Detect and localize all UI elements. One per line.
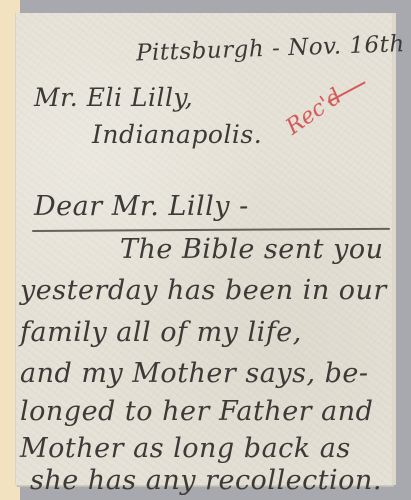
body-line: yesterday has been in our xyxy=(20,275,387,306)
body-line: and my Mother says, be- xyxy=(20,358,369,389)
body-line: Mother as long back as xyxy=(20,433,351,464)
recipient-name: Mr. Eli Lilly, xyxy=(34,83,193,112)
salutation: Dear Mr. Lilly - xyxy=(34,191,249,222)
received-annotation: Rec'd xyxy=(282,84,347,140)
letter-page: Pittsburgh - Nov. 16th 32. Mr. Eli Lilly… xyxy=(15,13,392,485)
body-line: longed to her Father and xyxy=(20,396,373,427)
fold-line xyxy=(32,228,390,232)
body-line: The Bible sent you xyxy=(120,234,383,265)
paper-edge xyxy=(392,13,396,485)
body-line: she has any recollection. xyxy=(30,465,382,496)
body-line: family all of my life, xyxy=(20,317,302,348)
recipient-city: Indianapolis. xyxy=(92,120,262,149)
dateline: Pittsburgh - Nov. 16th 32. xyxy=(136,30,411,67)
